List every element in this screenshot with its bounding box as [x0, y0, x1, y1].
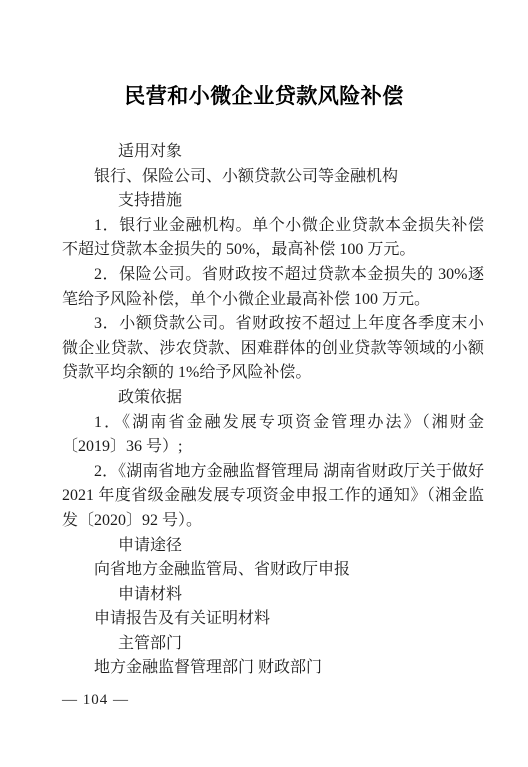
- page-number: — 104 —: [62, 692, 129, 709]
- paragraph: 1．银行业金融机构。单个小微企业贷款本金损失补偿不超过贷款本金损失的 50%，最…: [62, 214, 484, 263]
- paragraph: 2．保险公司。省财政按不超过贷款本金损失的 30%逐笔给予风险补偿，单个小微企业…: [62, 263, 484, 312]
- section-heading: 申请途径: [62, 534, 484, 559]
- document-page: 民营和小微企业贷款风险补偿 适用对象银行、保险公司、小额贷款公司等金融机构支持措…: [0, 0, 528, 767]
- section-heading: 适用对象: [62, 140, 484, 165]
- paragraph: 申请报告及有关证明材料: [62, 607, 484, 632]
- paragraph: 向省地方金融监管局、省财政厅申报: [62, 558, 484, 583]
- section-heading: 政策依据: [62, 386, 484, 411]
- section-heading: 支持措施: [62, 189, 484, 214]
- paragraph: 银行、保险公司、小额贷款公司等金融机构: [62, 165, 484, 190]
- paragraph: 2．《湖南省地方金融监督管理局 湖南省财政厅关于做好 2021 年度省级金融发展…: [62, 460, 484, 534]
- paragraph: 1．《湖南省金融发展专项资金管理办法》（湘财金〔2019〕36 号）;: [62, 411, 484, 460]
- section-heading: 申请材料: [62, 583, 484, 608]
- document-body: 适用对象银行、保险公司、小额贷款公司等金融机构支持措施1．银行业金融机构。单个小…: [62, 140, 484, 681]
- section-heading: 主管部门: [62, 632, 484, 657]
- paragraph: 3．小额贷款公司。省财政按不超过上年度各季度末小微企业贷款、涉农贷款、困难群体的…: [62, 312, 484, 386]
- paragraph: 地方金融监督管理部门 财政部门: [62, 656, 484, 681]
- document-title: 民营和小微企业贷款风险补偿: [0, 84, 528, 110]
